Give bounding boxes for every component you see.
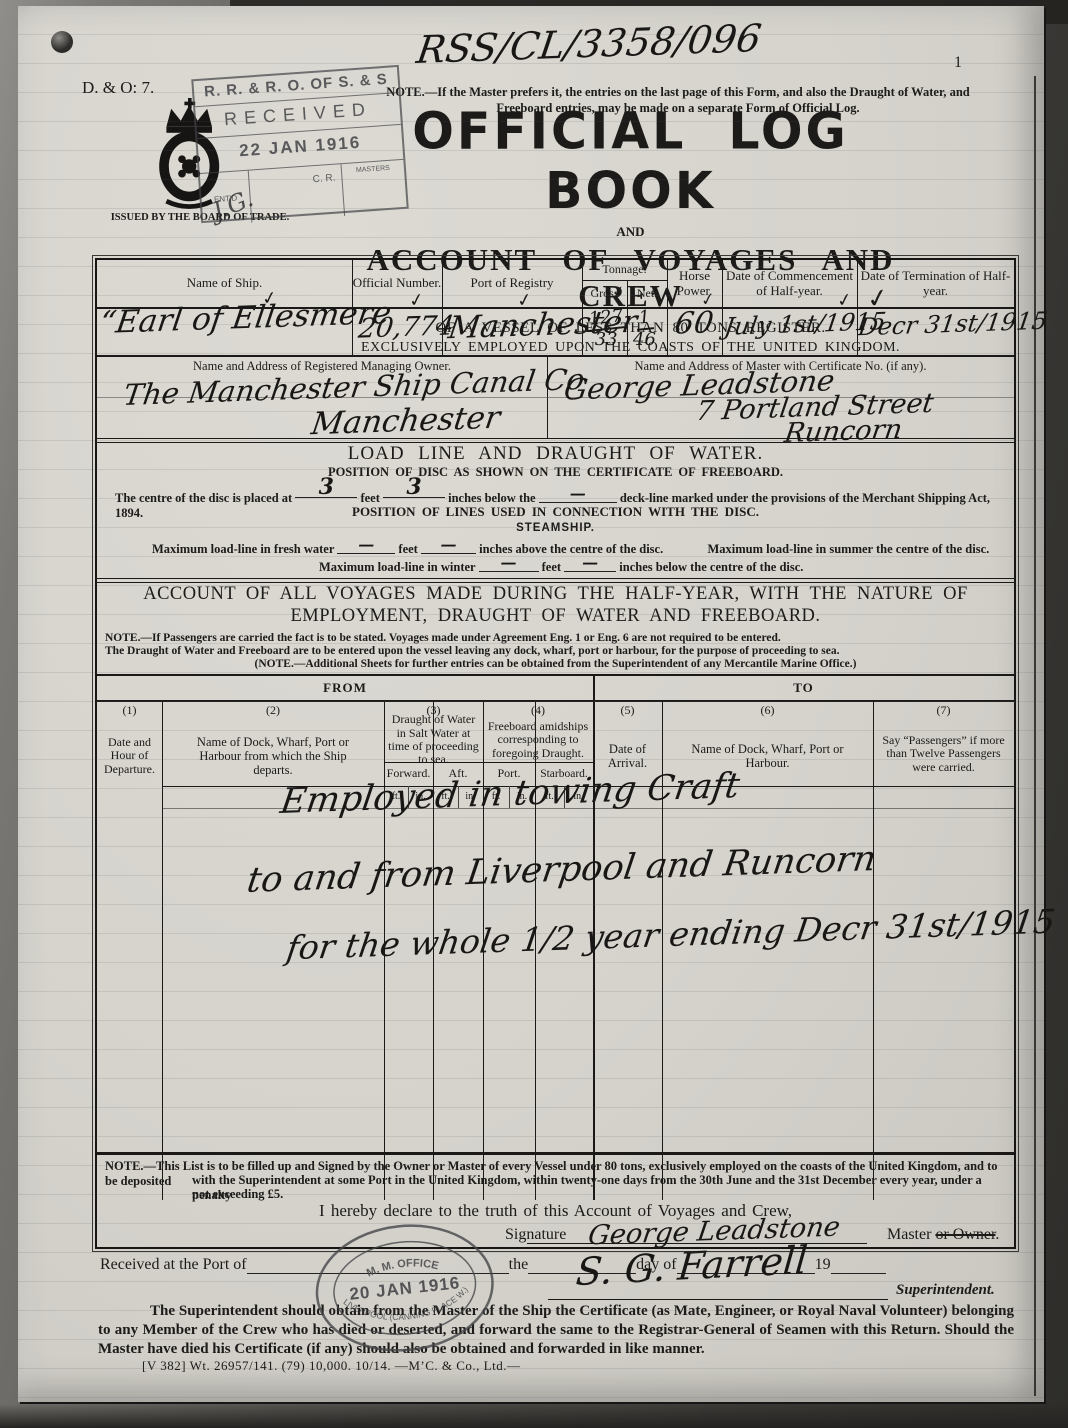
reference-number-handwritten: RSS/CL/3358/096 [414, 16, 764, 72]
fresh-dash2: — [440, 535, 456, 554]
load-line-heading: LOAD LINE AND DRAUGHT OF WATER. [97, 443, 1014, 465]
master-label: Master [887, 1226, 931, 1243]
oval-stamp-graphic: M. M. OFFICE LIVERPOOL (CANNING PLACE W.… [303, 1210, 506, 1365]
disc-inches-value: 3 [406, 474, 421, 500]
period: . [995, 1226, 999, 1243]
gross-tonnage-value: 12733 [586, 308, 626, 349]
from-group-header: FROM [97, 676, 593, 700]
horse-power-value: 60 [672, 305, 715, 341]
net-tonnage-top: 1 [635, 308, 655, 331]
official-number-value: 20,774 [357, 310, 456, 344]
winter-dash2: — [582, 553, 598, 572]
superintendent-label: Superintendent. [896, 1282, 995, 1299]
gross-tonnage-bottom: 33 [595, 330, 618, 349]
title-and: AND [313, 224, 948, 240]
table-line [97, 1152, 1014, 1155]
disc-dash-value: — [570, 484, 586, 503]
table-line [873, 700, 874, 1200]
net-tonnage-bottom: 46 [633, 330, 656, 349]
tick-mark: ✓ [648, 283, 662, 301]
to-group-header: TO [593, 676, 1014, 700]
col1-num: (1) [97, 703, 162, 719]
year-blank [831, 1258, 886, 1274]
account-note1: NOTE.—If Passengers are carried the fact… [105, 632, 1010, 644]
account-note2: The Draught of Water and Freeboard are t… [105, 645, 1010, 657]
winter-dash1: — [501, 553, 517, 572]
declaration-text: I hereby declare to the truth of this Ac… [97, 1201, 1014, 1221]
fresh-text-d: Maximum load-line in summer the centre o… [707, 542, 989, 556]
col2-num: (2) [162, 703, 384, 719]
col3-label: Draught of Water in Salt Water at time o… [386, 718, 481, 762]
fresh-text-b: feet [398, 542, 417, 556]
received-stamp-cell-cr: C. R. [249, 164, 345, 222]
received-row: Received at the Port of the day of 19 [100, 1256, 1012, 1274]
winter-line: Maximum load-line in winter — feet — inc… [319, 556, 1019, 575]
account-heading1: ACCOUNT OF ALL VOYAGES MADE DURING THE H… [97, 584, 1014, 605]
disc-feet-value: 3 [319, 474, 334, 500]
voyage-entry-line2: to and from Liverpool and Runcorn [244, 839, 878, 901]
steamship-heading: STEAMSHIP. [97, 522, 1014, 534]
master-or-owner: Master or Owner. [887, 1226, 999, 1244]
top-note-line1: NOTE.—If the Master prefers it, the entr… [338, 84, 1018, 100]
header-port-of-registry: Port of Registry [442, 260, 582, 307]
oval-stamp-date: 20 JAN 1916 [349, 1273, 462, 1304]
col4-label: Freeboard amidships corresponding to for… [485, 718, 591, 762]
table-line [97, 700, 1014, 702]
account-heading2: EMPLOYMENT, DRAUGHT OF WATER AND FREEBOA… [97, 606, 1014, 627]
superintendent-rule [548, 1299, 888, 1300]
bottom-note-line3: not exceeding £5. [192, 1187, 1010, 1202]
fresh-text-a: Maximum load-line in fresh water [152, 542, 334, 556]
page-number: 1 [954, 54, 962, 72]
account-note3: (NOTE.—Additional Sheets for further ent… [97, 658, 1014, 670]
col7-num: (7) [873, 703, 1014, 719]
table-line [162, 700, 163, 1200]
page-edge-line [1034, 76, 1036, 1396]
tick-mark: ✓ [612, 283, 626, 301]
header-tonnage: Tonnage. [582, 260, 667, 280]
col2-label: Name of Dock, Wharf, Port or Harbour fro… [182, 725, 364, 787]
col6-num: (6) [662, 703, 873, 719]
load-line-sub1: POSITION OF DISC AS SHOWN ON THE CERTIFI… [97, 465, 1014, 480]
col5-num: (5) [593, 703, 662, 719]
paper-sheet: D. & O: 7. RSS/CL/3358/096 1 NOTE.—If th… [18, 6, 1044, 1402]
scanned-log-book-page: D. & O: 7. RSS/CL/3358/096 1 NOTE.—If th… [0, 0, 1068, 1428]
winter-text-a: Maximum load-line in winter [319, 560, 475, 574]
the-label: the [509, 1256, 529, 1274]
termination-value: Decr 31st/1915 [857, 307, 1050, 342]
col7-label: Say “Passengers” if more than Twelve Pas… [877, 720, 1010, 788]
struck-or-owner: or Owner [935, 1226, 995, 1243]
year-label: 19 [815, 1256, 831, 1274]
winter-text-b: feet [542, 560, 561, 574]
signature-label: Signature [505, 1226, 566, 1244]
owner-value-line2: Manchester [309, 400, 503, 443]
voyage-entry-line3: for the whole 1/2 year ending Decr 31st/… [284, 902, 1058, 968]
col4-num: (4) [483, 703, 593, 719]
disc-text-c: inches below the [448, 491, 536, 505]
winter-text-c: inches below the centre of the disc. [619, 560, 803, 574]
net-tonnage-value: 146 [633, 308, 656, 349]
received-stamp-cell-masters: MASTERS [342, 160, 407, 216]
superintendent-paragraph: The Superintendent should obtain from th… [98, 1302, 1014, 1358]
disc-text-a: The centre of the disc is placed at [115, 491, 292, 505]
section-divider [95, 578, 1016, 583]
form-code: D. & O: 7. [82, 78, 154, 98]
col1-label: Date and Hour of Departure. [99, 725, 160, 787]
form-box: Name of Ship. Official Number. Port of R… [95, 258, 1016, 1249]
received-stamp: R. R. & R. O. OF S. & S RECEIVED 22 JAN … [191, 65, 409, 223]
oval-date-stamp: M. M. OFFICE LIVERPOOL (CANNING PLACE W.… [303, 1210, 507, 1370]
punch-hole [51, 31, 73, 53]
fresh-dash1: — [358, 535, 374, 554]
gross-tonnage-top: 127 [585, 307, 627, 332]
received-at-label: Received at the Port of [100, 1256, 247, 1274]
load-line-sub2: POSITION OF LINES USED IN CONNECTION WIT… [97, 504, 1014, 520]
disc-text-b: feet [360, 491, 379, 505]
